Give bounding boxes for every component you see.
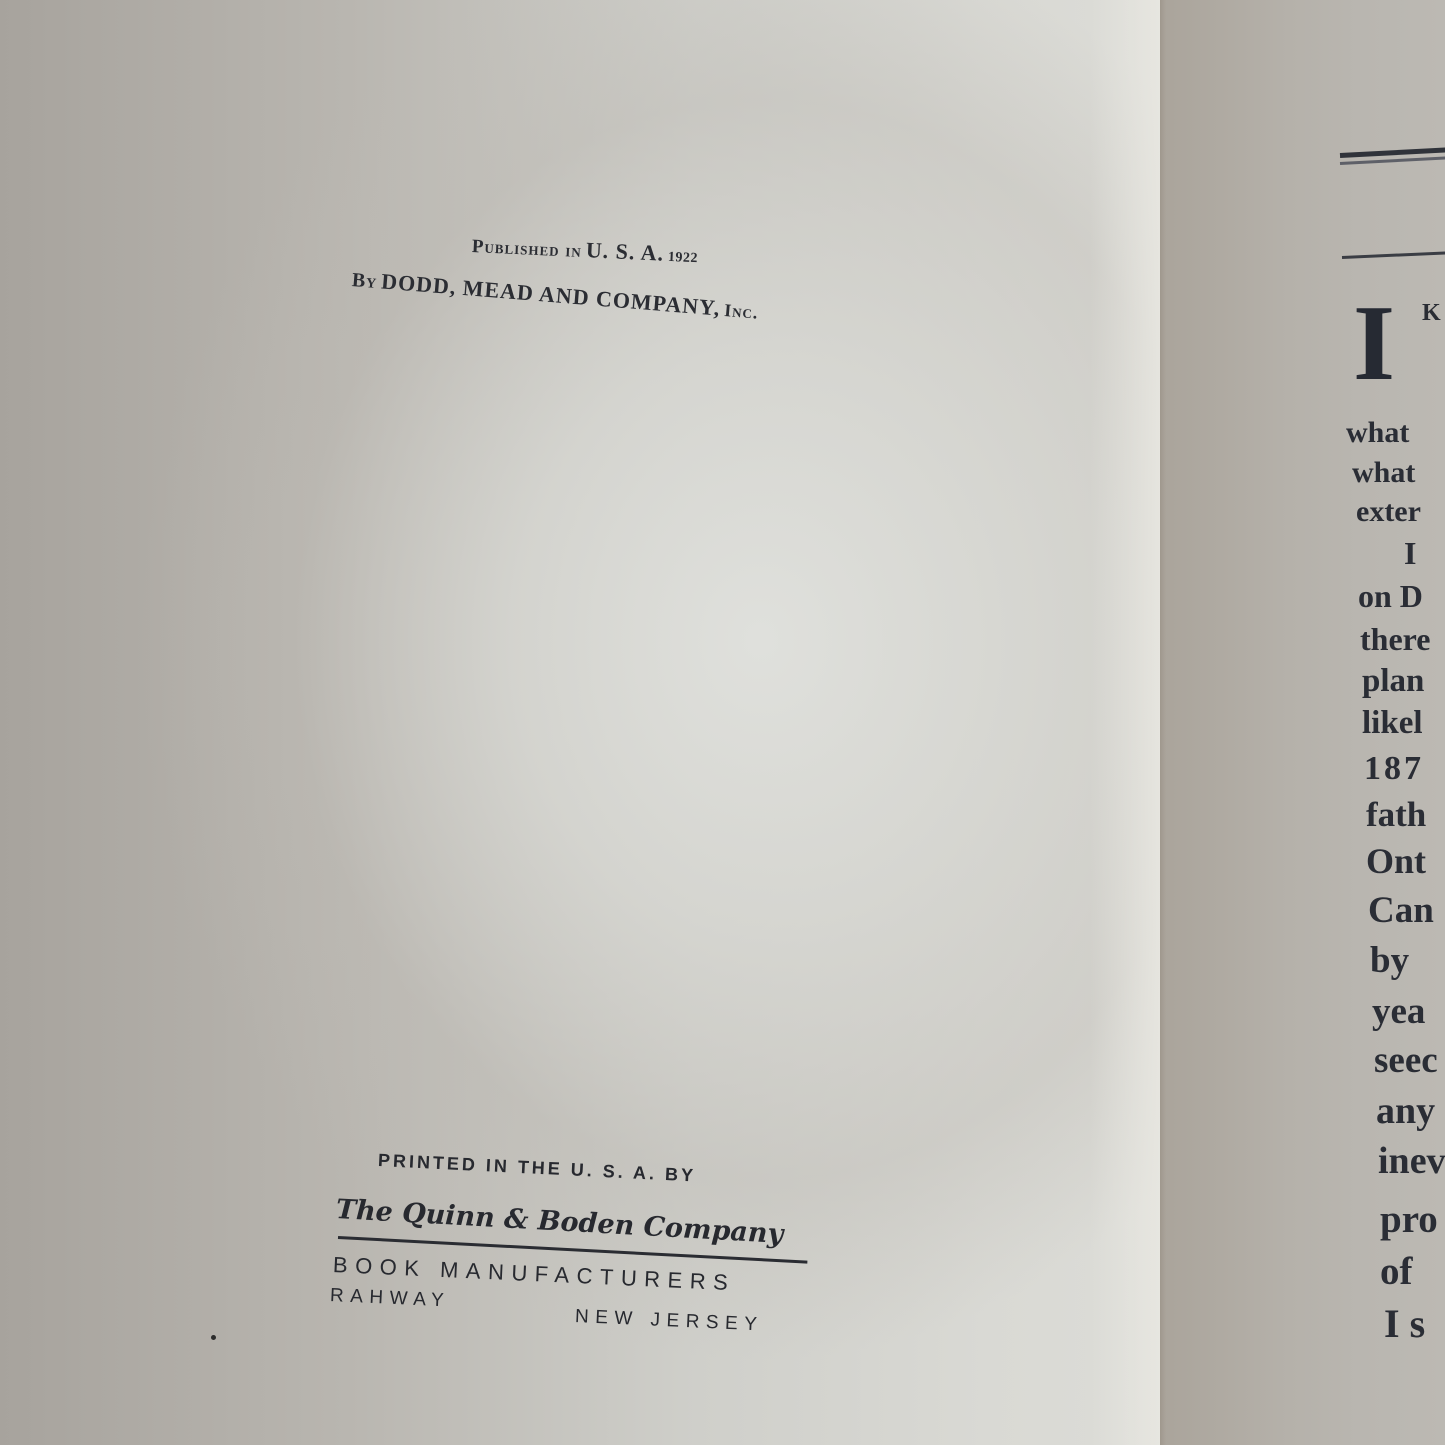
body-line: I [1404, 537, 1416, 569]
body-line: yea [1372, 993, 1425, 1030]
body-line: I s [1384, 1304, 1425, 1344]
body-line: of [1380, 1252, 1413, 1291]
publisher-name: DODD, MEAD AND COMPANY, [380, 268, 721, 320]
body-line: there [1360, 623, 1430, 655]
body-line: what [1352, 458, 1415, 488]
body-line: what [1346, 418, 1409, 448]
inc-label: Inc. [724, 300, 760, 323]
header-single-rule [1342, 250, 1445, 259]
body-line: inev [1378, 1142, 1445, 1180]
body-line: Ont [1366, 843, 1426, 879]
published-in-label: Published in [471, 236, 582, 262]
paper-speck [211, 1335, 216, 1340]
body-line: plan [1362, 665, 1424, 698]
open-book-spread: Published in U. S. A. 1922 By DODD, MEAD… [0, 0, 1445, 1445]
printer-state: NEW JERSEY [575, 1306, 764, 1337]
body-line: Can [1368, 892, 1434, 929]
publisher-line: By DODD, MEAD AND COMPANY, Inc. [351, 266, 760, 325]
body-line: on D [1358, 580, 1423, 612]
publication-year: 1922 [668, 250, 699, 266]
drop-cap: I [1353, 290, 1395, 398]
body-line: seec [1374, 1042, 1438, 1079]
left-page: Published in U. S. A. 1922 By DODD, MEAD… [0, 0, 1160, 1445]
header-double-rule-thick [1340, 146, 1445, 158]
body-line: any [1376, 1092, 1435, 1130]
printer-city: RAHWAY [330, 1285, 451, 1312]
body-line: 187 [1364, 752, 1424, 786]
body-line: pro [1380, 1200, 1438, 1239]
printed-in-line: PRINTED IN THE U. S. A. BY [377, 1150, 696, 1187]
body-line: exter [1356, 497, 1421, 527]
drop-cap-tail: K [1422, 300, 1443, 327]
published-in-line: Published in U. S. A. 1922 [471, 232, 698, 268]
body-line: fath [1366, 797, 1426, 832]
body-line: likel [1362, 707, 1423, 740]
by-label: By [351, 269, 378, 293]
body-line: by [1370, 942, 1409, 979]
country-label: U. S. A. [585, 237, 664, 266]
right-page: I K what what exter I on D there plan li… [1160, 0, 1445, 1445]
